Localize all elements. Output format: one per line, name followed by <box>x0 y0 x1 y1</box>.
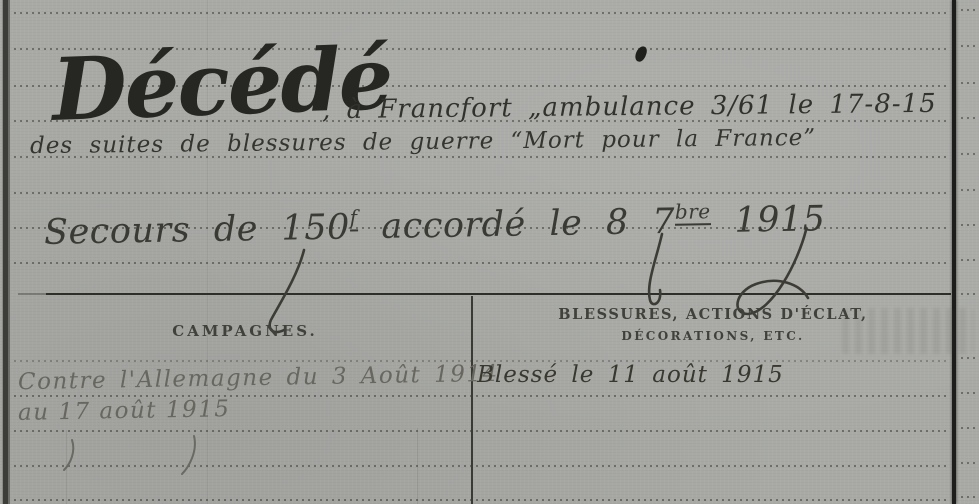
ruled-line <box>14 430 950 432</box>
ruled-line <box>961 45 979 47</box>
campagnes-header: CAMPAGNES. <box>20 322 470 340</box>
ruled-line <box>14 12 950 14</box>
ruled-line <box>961 224 979 226</box>
page-edge-line <box>952 0 956 504</box>
secours-superscript-bre: bre <box>675 199 711 226</box>
ruled-line <box>961 427 979 429</box>
ruled-line <box>961 259 979 261</box>
pen-flourish <box>178 434 208 478</box>
secours-line: Secours de 150f accordé le 8 7bre 1915 <box>44 199 826 253</box>
pen-flourish <box>632 232 682 310</box>
military-record-card: Décédé , à Francfort „ambulance 3/61 le … <box>0 0 979 504</box>
ruled-line <box>14 465 950 467</box>
ruled-line <box>14 499 950 501</box>
column-divider-vertical <box>471 296 473 504</box>
ruled-line <box>961 189 979 191</box>
paper-crease <box>417 428 418 504</box>
ruled-line <box>961 357 979 359</box>
secours-text: accordé le 8 7 <box>357 202 675 248</box>
blessures-entry: Blessé le 11 août 1915 <box>477 362 784 388</box>
campagnes-entry-line2: au 17 août 1915 <box>18 396 231 426</box>
ruled-line <box>961 293 979 295</box>
ruled-line <box>961 462 979 464</box>
ghost-stamp-smudge <box>842 308 974 354</box>
secours-text: Secours de 150 <box>44 207 350 252</box>
ruled-line <box>961 82 979 84</box>
campagnes-entry-line1: Contre l'Allemagne du 3 Août 1914 <box>18 361 499 395</box>
binding-edge <box>2 0 10 504</box>
ruled-line <box>961 496 979 498</box>
ruled-line <box>961 117 979 119</box>
ruled-line <box>14 192 950 194</box>
ruled-line <box>961 153 979 155</box>
pen-flourish <box>60 438 86 474</box>
ruled-line <box>961 392 979 394</box>
ruled-line <box>961 9 979 11</box>
